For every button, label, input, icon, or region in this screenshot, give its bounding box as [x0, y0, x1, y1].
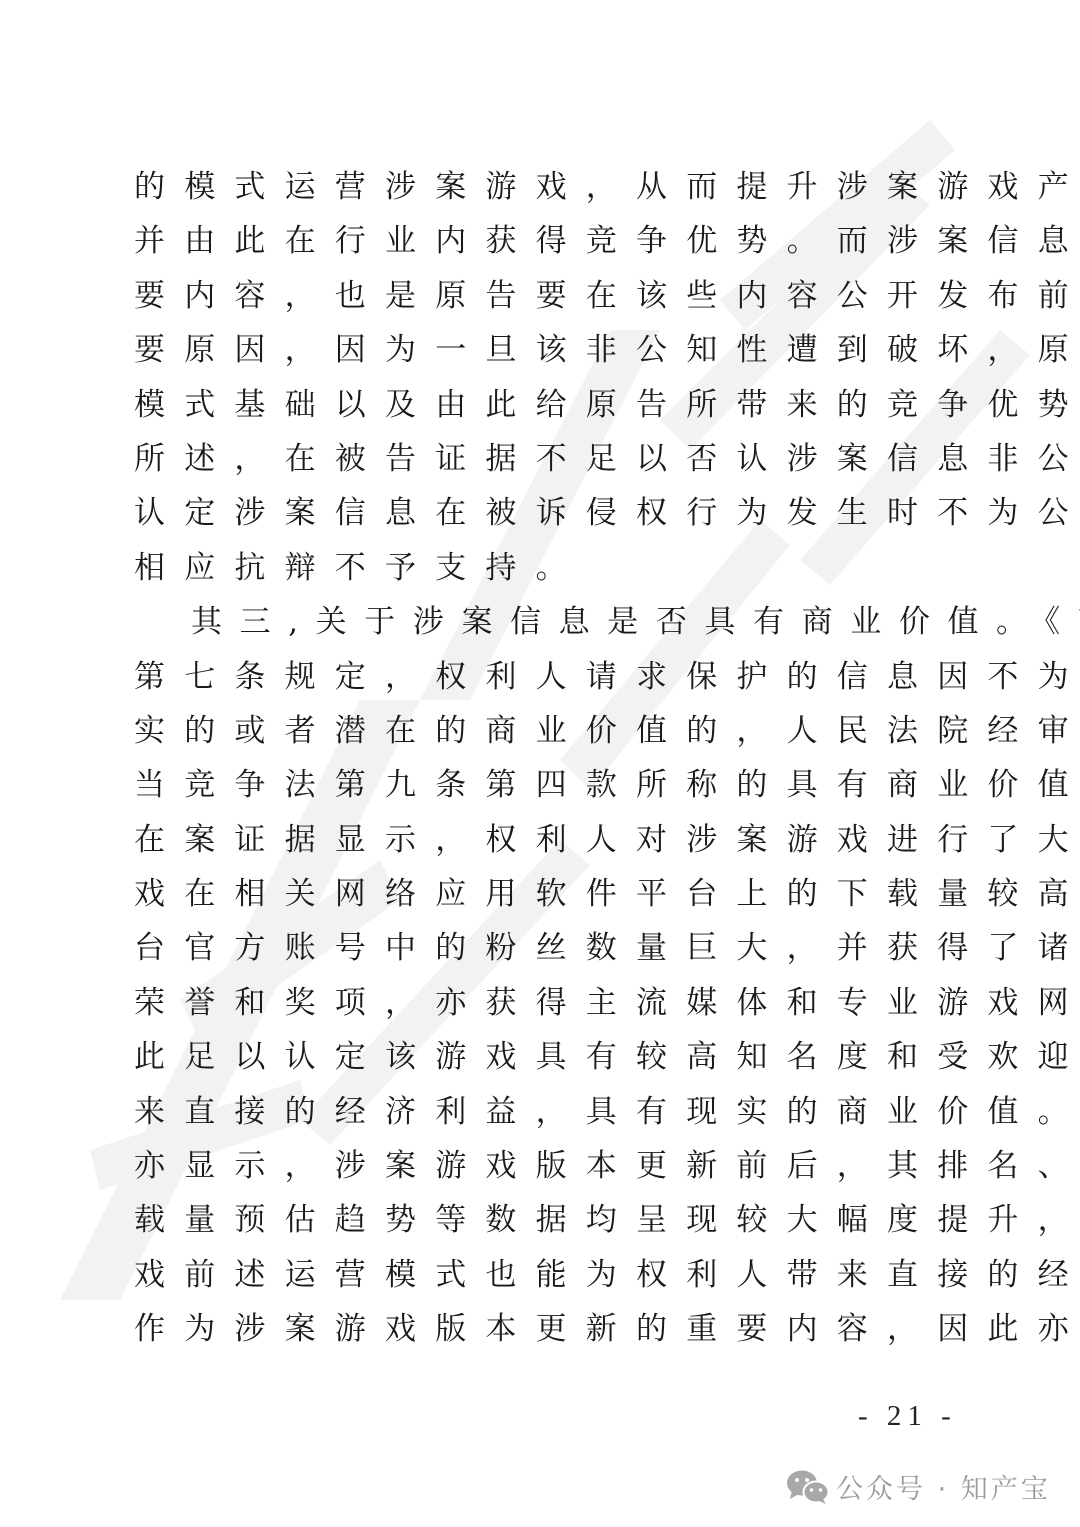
text-line: 在案证据显示，权利人对涉案游戏进行了大量宣传推广，涉案游	[134, 819, 946, 873]
text-line: 并由此在行业内获得竞争优势。而涉案信息是该些版本更新的重	[134, 220, 946, 274]
page-number: - 21 -	[858, 1400, 957, 1433]
text-line: 此足以认定该游戏具有较高知名度和受欢迎度，能够为权利人带	[134, 1036, 946, 1090]
paragraph-start-line: 其三,关于涉案信息是否具有商业价值。《商业秘密司法解释》	[134, 601, 946, 655]
text-line: 台官方账号中的粉丝数量巨大，并获得了诸多具有较大影响力的	[134, 927, 946, 981]
text-line: 要内容，也是原告要在该些内容公开发布前保持其非公知性的重	[134, 275, 946, 329]
text-line: 戏在相关网络应用软件平台上的下载量较高，在主要社交网络平	[134, 873, 946, 927]
text-line: 戏前述运营模式也能为权利人带来直接的经济利益。而涉案信息	[134, 1254, 946, 1308]
wechat-attribution: 公众号 · 知产宝	[786, 1467, 1051, 1506]
text-line: 的模式运营涉案游戏，从而提升涉案游戏产品的热度和关注度，	[134, 166, 946, 220]
text-line: 载量预估趋势等数据均呈现较大幅度提升，据此足以认定涉案游	[134, 1199, 946, 1253]
text-line: 作为涉案游戏版本更新的重要内容，因此亦具有现实或潜在的商	[134, 1308, 946, 1362]
text-line: 荣誉和奖项，亦获得主流媒体和专业游戏网站的关注和报道，据	[134, 982, 946, 1036]
text-line: 所述，在被告证据不足以否认涉案信息非公知性的情形下，本院	[134, 438, 946, 492]
wechat-icon	[786, 1469, 830, 1505]
document-body: 的模式运营涉案游戏，从而提升涉案游戏产品的热度和关注度， 并由此在行业内获得竞争…	[134, 166, 946, 1363]
text-line: 实的或者潜在的商业价值的，人民法院经审查可以认定为反不正	[134, 710, 946, 764]
wechat-account-label: 公众号 · 知产宝	[836, 1467, 1051, 1506]
text-line: 模式基础以及由此给原告所带来的竞争优势亦会受到损害。综上	[134, 384, 946, 438]
text-line: 相应抗辩不予支持。	[134, 547, 946, 601]
text-line: 当竞争法第九条第四款所称的具有商业价值。本案中，一方面，	[134, 764, 946, 818]
text-line: 来直接的经济利益，具有现实的商业价值。另一方面，在案证据	[134, 1091, 946, 1145]
text-line: 认定涉案信息在被诉侵权行为发生时不为公众所知悉，并对被告	[134, 492, 946, 546]
text-line: 要原因，因为一旦该非公知性遭到破坏，原告运营该游戏的商业	[134, 329, 946, 383]
text-line: 亦显示，涉案游戏版本更新前后，其排名、热度、收入预估、下	[134, 1145, 946, 1199]
text-line: 第七条规定，权利人请求保护的信息因不为公众所知悉而具有现	[134, 656, 946, 710]
